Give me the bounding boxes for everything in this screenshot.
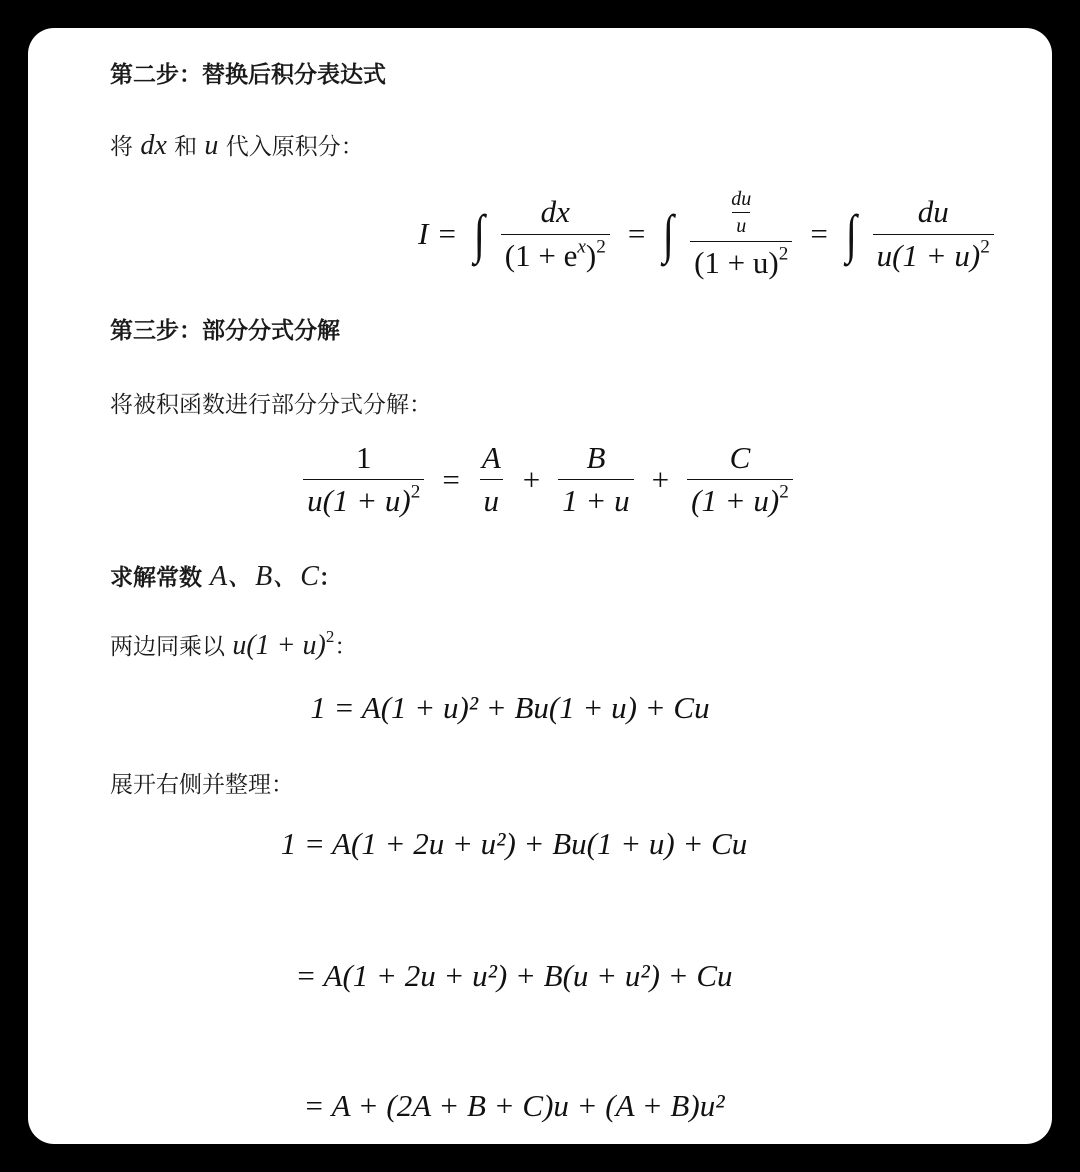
- step2-heading: 第二步：替换后积分表达式: [110, 56, 386, 89]
- equation-2: 1 = A(1 + 2u + u²) + Bu(1 + u) + Cu: [28, 826, 1026, 862]
- constants-math: A、B、C: [210, 561, 319, 592]
- step3-heading: 第三步：部分分式分解: [110, 312, 340, 345]
- decomp-term-b: B 1 + u: [558, 441, 633, 518]
- decomp-term-c: C (1 + u)2: [687, 441, 793, 518]
- equation-4: = A + (2A + B + C)u + (A + B)u²: [28, 1088, 1026, 1124]
- decomp-term-a: A u: [478, 441, 505, 518]
- step3-intro: 将被积函数进行部分分式分解：: [110, 386, 432, 419]
- math-u: u: [204, 130, 218, 161]
- integral-sign-icon: ∫: [663, 207, 674, 261]
- fraction-term1: dx (1 + ex)2: [501, 195, 610, 272]
- math-dx: dx: [140, 130, 166, 161]
- integral-sign-icon: ∫: [474, 207, 485, 261]
- equation-1: 1 = A(1 + u)² + Bu(1 + u) + Cu: [28, 690, 1022, 726]
- intro-mid: 和: [174, 134, 197, 160]
- decomp-lhs: 1 u(1 + u)2: [303, 441, 424, 518]
- fraction-term2: du u (1 + u)2: [690, 188, 792, 280]
- term1-denominator: (1 + ex)2: [501, 234, 610, 273]
- fraction-term3: du u(1 + u)2: [873, 195, 994, 272]
- integral-substitution-equation: I = ∫ dx (1 + ex)2 = ∫ du u (1 + u)2 = ∫: [198, 188, 1052, 280]
- solve-constants-heading: 求解常数 A、B、C：: [110, 554, 342, 594]
- integral-sign-icon: ∫: [846, 207, 857, 261]
- term2-denominator: (1 + u)2: [690, 241, 792, 280]
- term1-numerator: dx: [541, 194, 570, 229]
- step2-intro: 将 dx 和 u 代入原积分：: [110, 128, 364, 162]
- equation-3: = A(1 + 2u + u²) + B(u + u²) + Cu: [28, 958, 1026, 994]
- document-card: 第二步：替换后积分表达式 将 dx 和 u 代入原积分： I = ∫ dx (1…: [28, 28, 1052, 1144]
- integral-lhs: I: [418, 216, 428, 252]
- term2-nested-fraction: du u: [727, 188, 755, 237]
- expand-instruction: 展开右侧并整理：: [110, 766, 294, 799]
- intro-prefix: 将: [110, 134, 133, 160]
- multiply-math: u(1 + u): [232, 630, 326, 661]
- partial-fraction-equation: 1 u(1 + u)2 = A u + B 1 + u + C (1 + u)2: [36, 440, 1052, 518]
- intro-suffix: 代入原积分：: [226, 134, 364, 160]
- multiply-instruction: 两边同乘以 u(1 + u)2：: [110, 628, 357, 662]
